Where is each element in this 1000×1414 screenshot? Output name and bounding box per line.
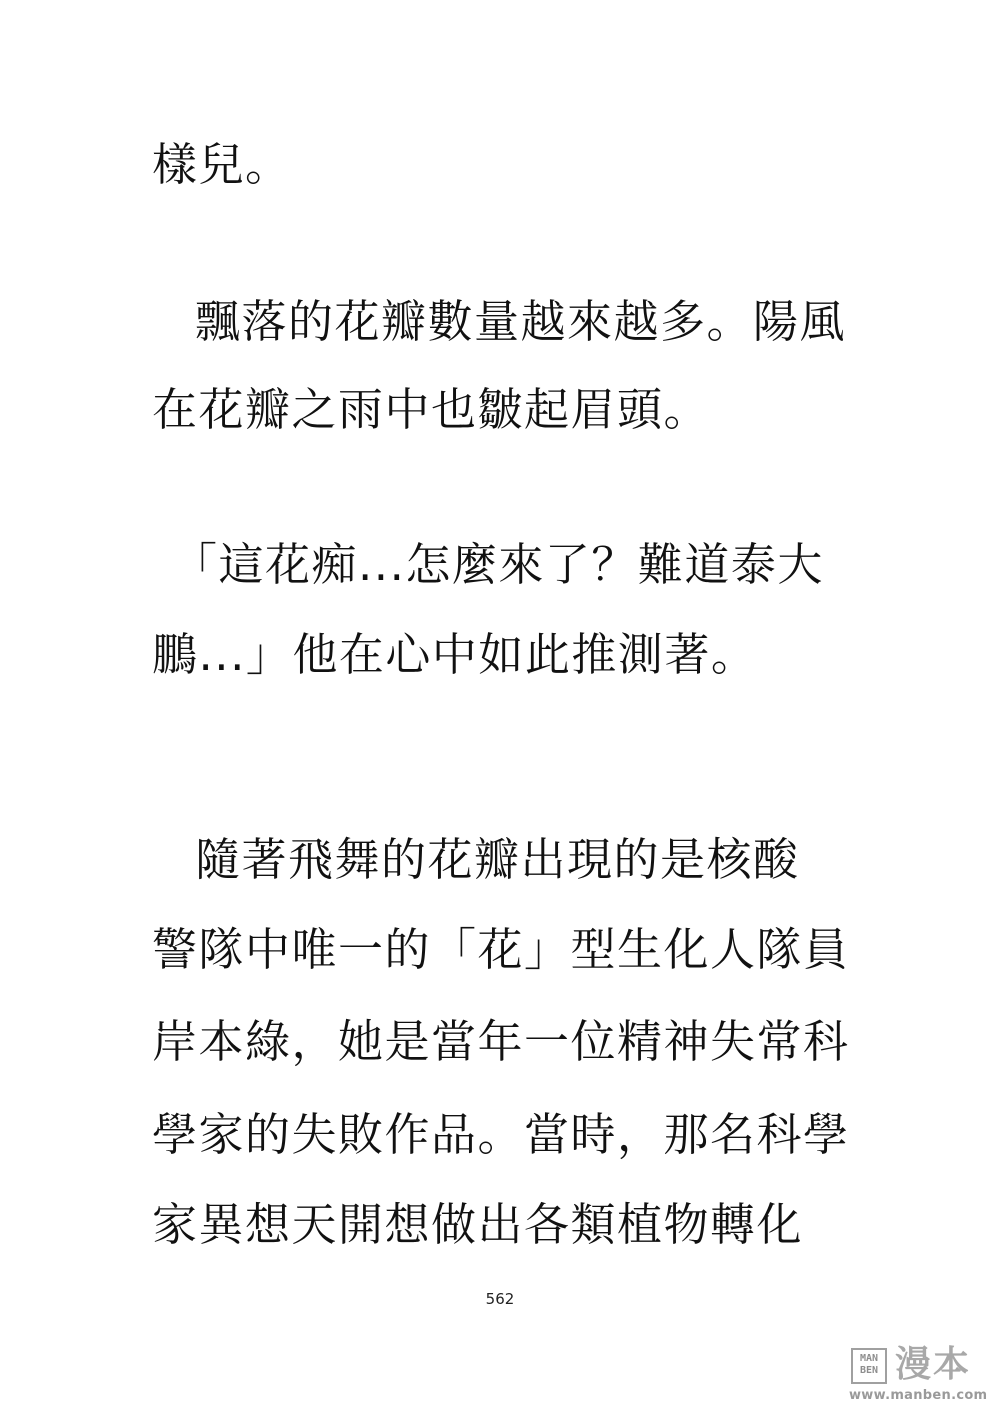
text-line: 飄落的花瓣數量越來越多。陽風 <box>195 292 846 352</box>
text-line: 隨著飛舞的花瓣出現的是核酸 <box>195 830 800 890</box>
text-line: 「這花痴...怎麼來了？難道泰大 <box>172 535 824 595</box>
text-line: 鵬...」他在心中如此推測著。 <box>152 625 757 685</box>
text-line: 學家的失敗作品。當時，那名科學 <box>152 1105 850 1165</box>
logo-text-bottom: BEN <box>853 1365 885 1377</box>
text-line: 樣兒。 <box>152 135 292 195</box>
text-line: 岸本綠，她是當年一位精神失常科 <box>152 1012 850 1072</box>
logo-text-top: MAN <box>853 1353 885 1365</box>
watermark-url: www.manben.com <box>849 1388 987 1403</box>
manben-logo-icon: MAN BEN <box>851 1348 887 1384</box>
watermark-logo: MAN BEN 漫本 www.manben.com <box>845 1344 990 1406</box>
text-line: 在花瓣之雨中也皺起眉頭。 <box>152 380 710 440</box>
page-number: 562 <box>0 1290 1000 1308</box>
text-line: 家異想天開想做出各類植物轉化 <box>152 1195 803 1255</box>
watermark-chinese: 漫本 <box>895 1344 971 1386</box>
text-line: 警隊中唯一的「花」型生化人隊員 <box>152 920 850 980</box>
